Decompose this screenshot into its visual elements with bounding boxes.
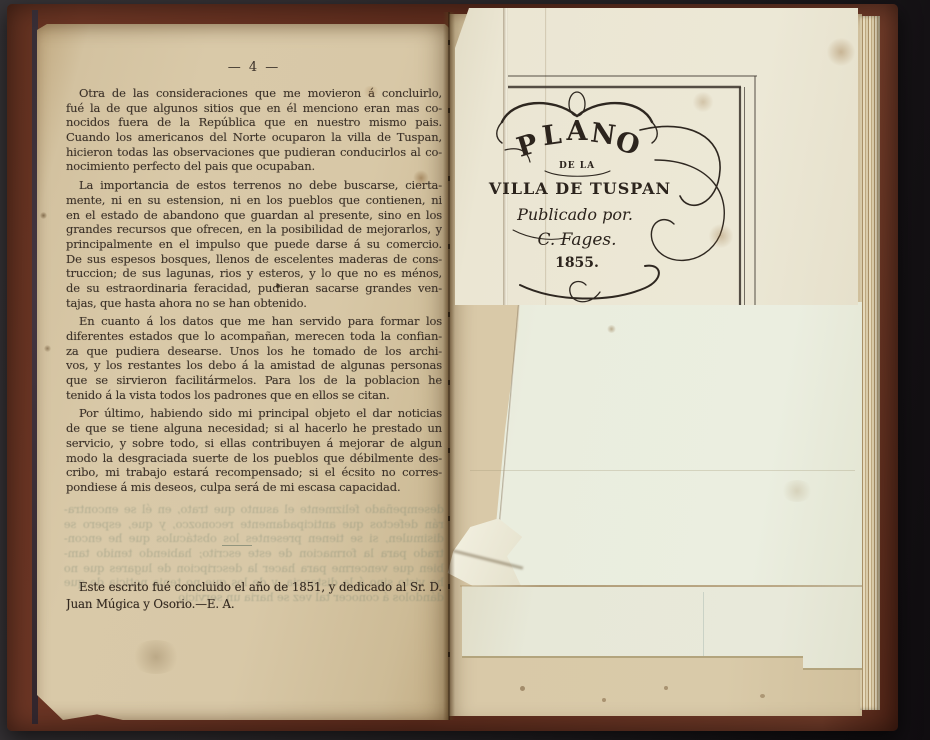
text-line: Este escrito fué concluido el año de 185… <box>66 579 442 596</box>
text-line: truccion; de sus lagunas, rios y esteros… <box>66 266 442 281</box>
text-line: mente, ni en su estension, ni en los pue… <box>66 193 442 208</box>
text-line: disimulen, si se tienen presentes los ob… <box>64 531 444 546</box>
text-line: za que pudiera desearse. Unos los he tom… <box>66 344 442 359</box>
text-line: que se sirvieron facilitármelos. Para lo… <box>66 373 442 388</box>
dedication-note: Este escrito fué concluido el año de 185… <box>66 579 442 612</box>
text-line: diferentes estados que lo acompañan, mer… <box>66 329 442 344</box>
fold-crease <box>703 592 704 656</box>
text-line: en el estado de abandono que guardan al … <box>66 208 442 223</box>
map-title: PLANO <box>513 116 643 164</box>
text-line: principalmente en el impulso que puede d… <box>66 237 442 252</box>
text-line: pondiese á mis deseos, culpa será de mi … <box>66 480 442 495</box>
paragraph: Por último, habiendo sido mi principal o… <box>66 406 442 494</box>
text-line: En cuanto á los datos que me han servido… <box>66 314 442 329</box>
text-line: hicieron todas las observaciones que pud… <box>66 145 442 160</box>
text-line: tajas, que hasta ahora no se han obtenid… <box>66 296 442 311</box>
map-title-letter: P <box>513 128 541 164</box>
page-fore-edges <box>860 16 880 710</box>
text-line: fué la de que algunos sitios que en él m… <box>66 101 442 116</box>
sheet-edge <box>803 668 862 670</box>
fold-crease <box>460 585 862 587</box>
text-line: de que se tiene alguna necesidad; si al … <box>66 421 442 436</box>
sheet-edge <box>462 656 803 658</box>
showthrough-rule <box>222 545 252 546</box>
text-line: La importancia de estos terrenos no debe… <box>66 178 442 193</box>
paragraph: En cuanto á los datos que me han servido… <box>66 314 442 402</box>
map-subtitle: DE LA <box>559 161 595 171</box>
text-line: grandes recursos que ofrecen, en la posi… <box>66 222 442 237</box>
text-line: nocidos fuera de la República que en nue… <box>66 115 442 130</box>
text-line: tenido á la vista todos los padrones que… <box>66 388 442 403</box>
gutter-stitches <box>448 40 450 700</box>
map-title-letter: A <box>566 116 589 147</box>
map-published-by: Publicado por. <box>516 205 633 224</box>
text-line: Juan Múgica y Osorio.—E. A. <box>66 596 442 613</box>
text-line: Otra de las consideraciones que me movie… <box>66 86 442 101</box>
map-author: C. Fages. <box>537 230 616 250</box>
text-line: Por último, habiendo sido mi principal o… <box>66 406 442 421</box>
text-line: desempeñado felizmente el asunto que tra… <box>64 502 444 517</box>
paragraph: Otra de las consideraciones que me movie… <box>66 86 442 174</box>
paragraph: La importancia de estos terrenos no debe… <box>66 178 442 310</box>
map-title-engraving: PLANO DE LA VILLA DE TUSPAN Publicado po… <box>455 8 858 305</box>
map-year: 1855. <box>555 255 599 271</box>
fold-crease <box>470 470 855 471</box>
text-line: vos, y los restantes los debo á la amist… <box>66 358 442 373</box>
body-text: Otra de las consideraciones que me movie… <box>66 86 442 499</box>
text-line: trado para la formacion de este escrito;… <box>64 546 444 561</box>
text-line: nocimiento perfecto del pais que ocupaba… <box>66 159 442 174</box>
text-line: rán defectos que anticipadamente reconoz… <box>64 517 444 532</box>
book-scan: PLANO DE LA VILLA DE TUSPAN Publicado po… <box>0 0 930 740</box>
map-title-letter: L <box>540 119 563 152</box>
map-place-title: VILLA DE TUSPAN <box>488 179 671 198</box>
text-line: De sus espesos bosques, llenos de escele… <box>66 252 442 267</box>
text-line: de su estraordinaria feracidad, pudieran… <box>66 281 442 296</box>
map-title-letter: N <box>589 118 618 152</box>
text-line: modo la desgraciada suerte de los pueblo… <box>66 451 442 466</box>
text-line: bien que vencerme para hacer la descripc… <box>64 561 444 576</box>
text-line: servicio, y sobre todo, si ellas contrib… <box>66 436 442 451</box>
map-title-letter: O <box>612 126 644 163</box>
text-line: cribo, mi trabajo estará recompensado; s… <box>66 465 442 480</box>
text-line: Cuando los americanos del Norte ocuparon… <box>66 130 442 145</box>
page-number: — 4 — <box>66 60 442 75</box>
